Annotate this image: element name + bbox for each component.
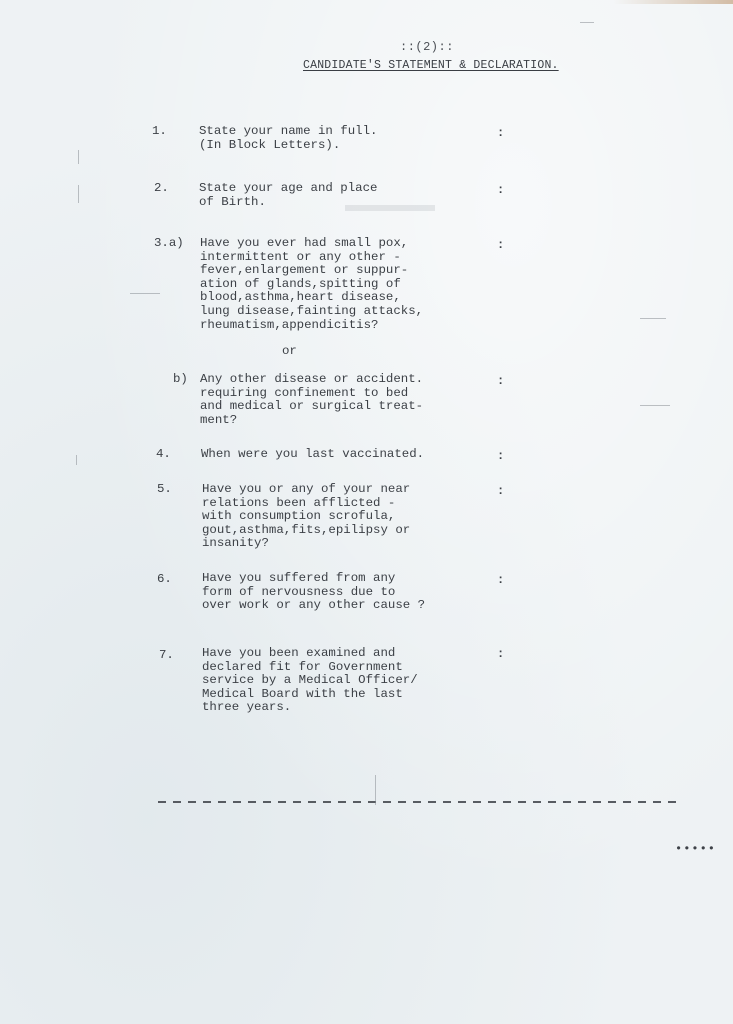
scan-artifact: [375, 775, 376, 805]
answer-marker-3b: :: [497, 374, 504, 388]
answer-marker-7: :: [497, 647, 504, 661]
answer-marker-4: :: [497, 449, 504, 463]
answer-marker-6: :: [497, 573, 504, 587]
question-number-4: 4.: [156, 448, 171, 462]
trailing-dots: •••••: [675, 842, 716, 856]
paper-edge: [613, 0, 733, 4]
question-text-3b: Any other disease or accident. requiring…: [200, 373, 423, 427]
scan-artifact: [130, 293, 160, 294]
question-text-1: State your name in full. (In Block Lette…: [199, 125, 377, 152]
question-number-3b: b): [173, 373, 188, 387]
question-text-5: Have you or any of your near relations b…: [202, 483, 410, 551]
question-number-7: 7.: [159, 649, 174, 663]
question-text-3a: Have you ever had small pox, intermitten…: [200, 237, 423, 332]
scan-artifact: [640, 405, 670, 406]
question-text-6: Have you suffered from any form of nervo…: [202, 572, 425, 613]
page-number: ::(2)::: [400, 40, 454, 54]
question-text-4: When were you last vaccinated.: [201, 448, 424, 462]
scan-artifact: [78, 150, 79, 164]
question-number-5: 5.: [157, 483, 172, 497]
question-number-2: 2.: [154, 182, 169, 196]
question-number-1: 1.: [152, 125, 167, 139]
or-label: or: [282, 344, 297, 358]
dashed-separator: [158, 801, 678, 803]
scan-artifact: [640, 318, 666, 319]
answer-marker-1: :: [497, 126, 504, 140]
scan-artifact: [345, 205, 435, 211]
scan-artifact: [76, 455, 77, 465]
question-text-7: Have you been examined and declared fit …: [202, 647, 418, 715]
scan-artifact: [580, 22, 594, 23]
scan-artifact: [78, 185, 79, 203]
answer-marker-5: :: [497, 484, 504, 498]
question-number-3a: 3.a): [154, 237, 184, 251]
document-title: CANDIDATE'S STATEMENT & DECLARATION.: [303, 59, 559, 72]
answer-marker-2: :: [497, 183, 504, 197]
question-number-6: 6.: [157, 573, 172, 587]
answer-marker-3a: :: [497, 238, 504, 252]
